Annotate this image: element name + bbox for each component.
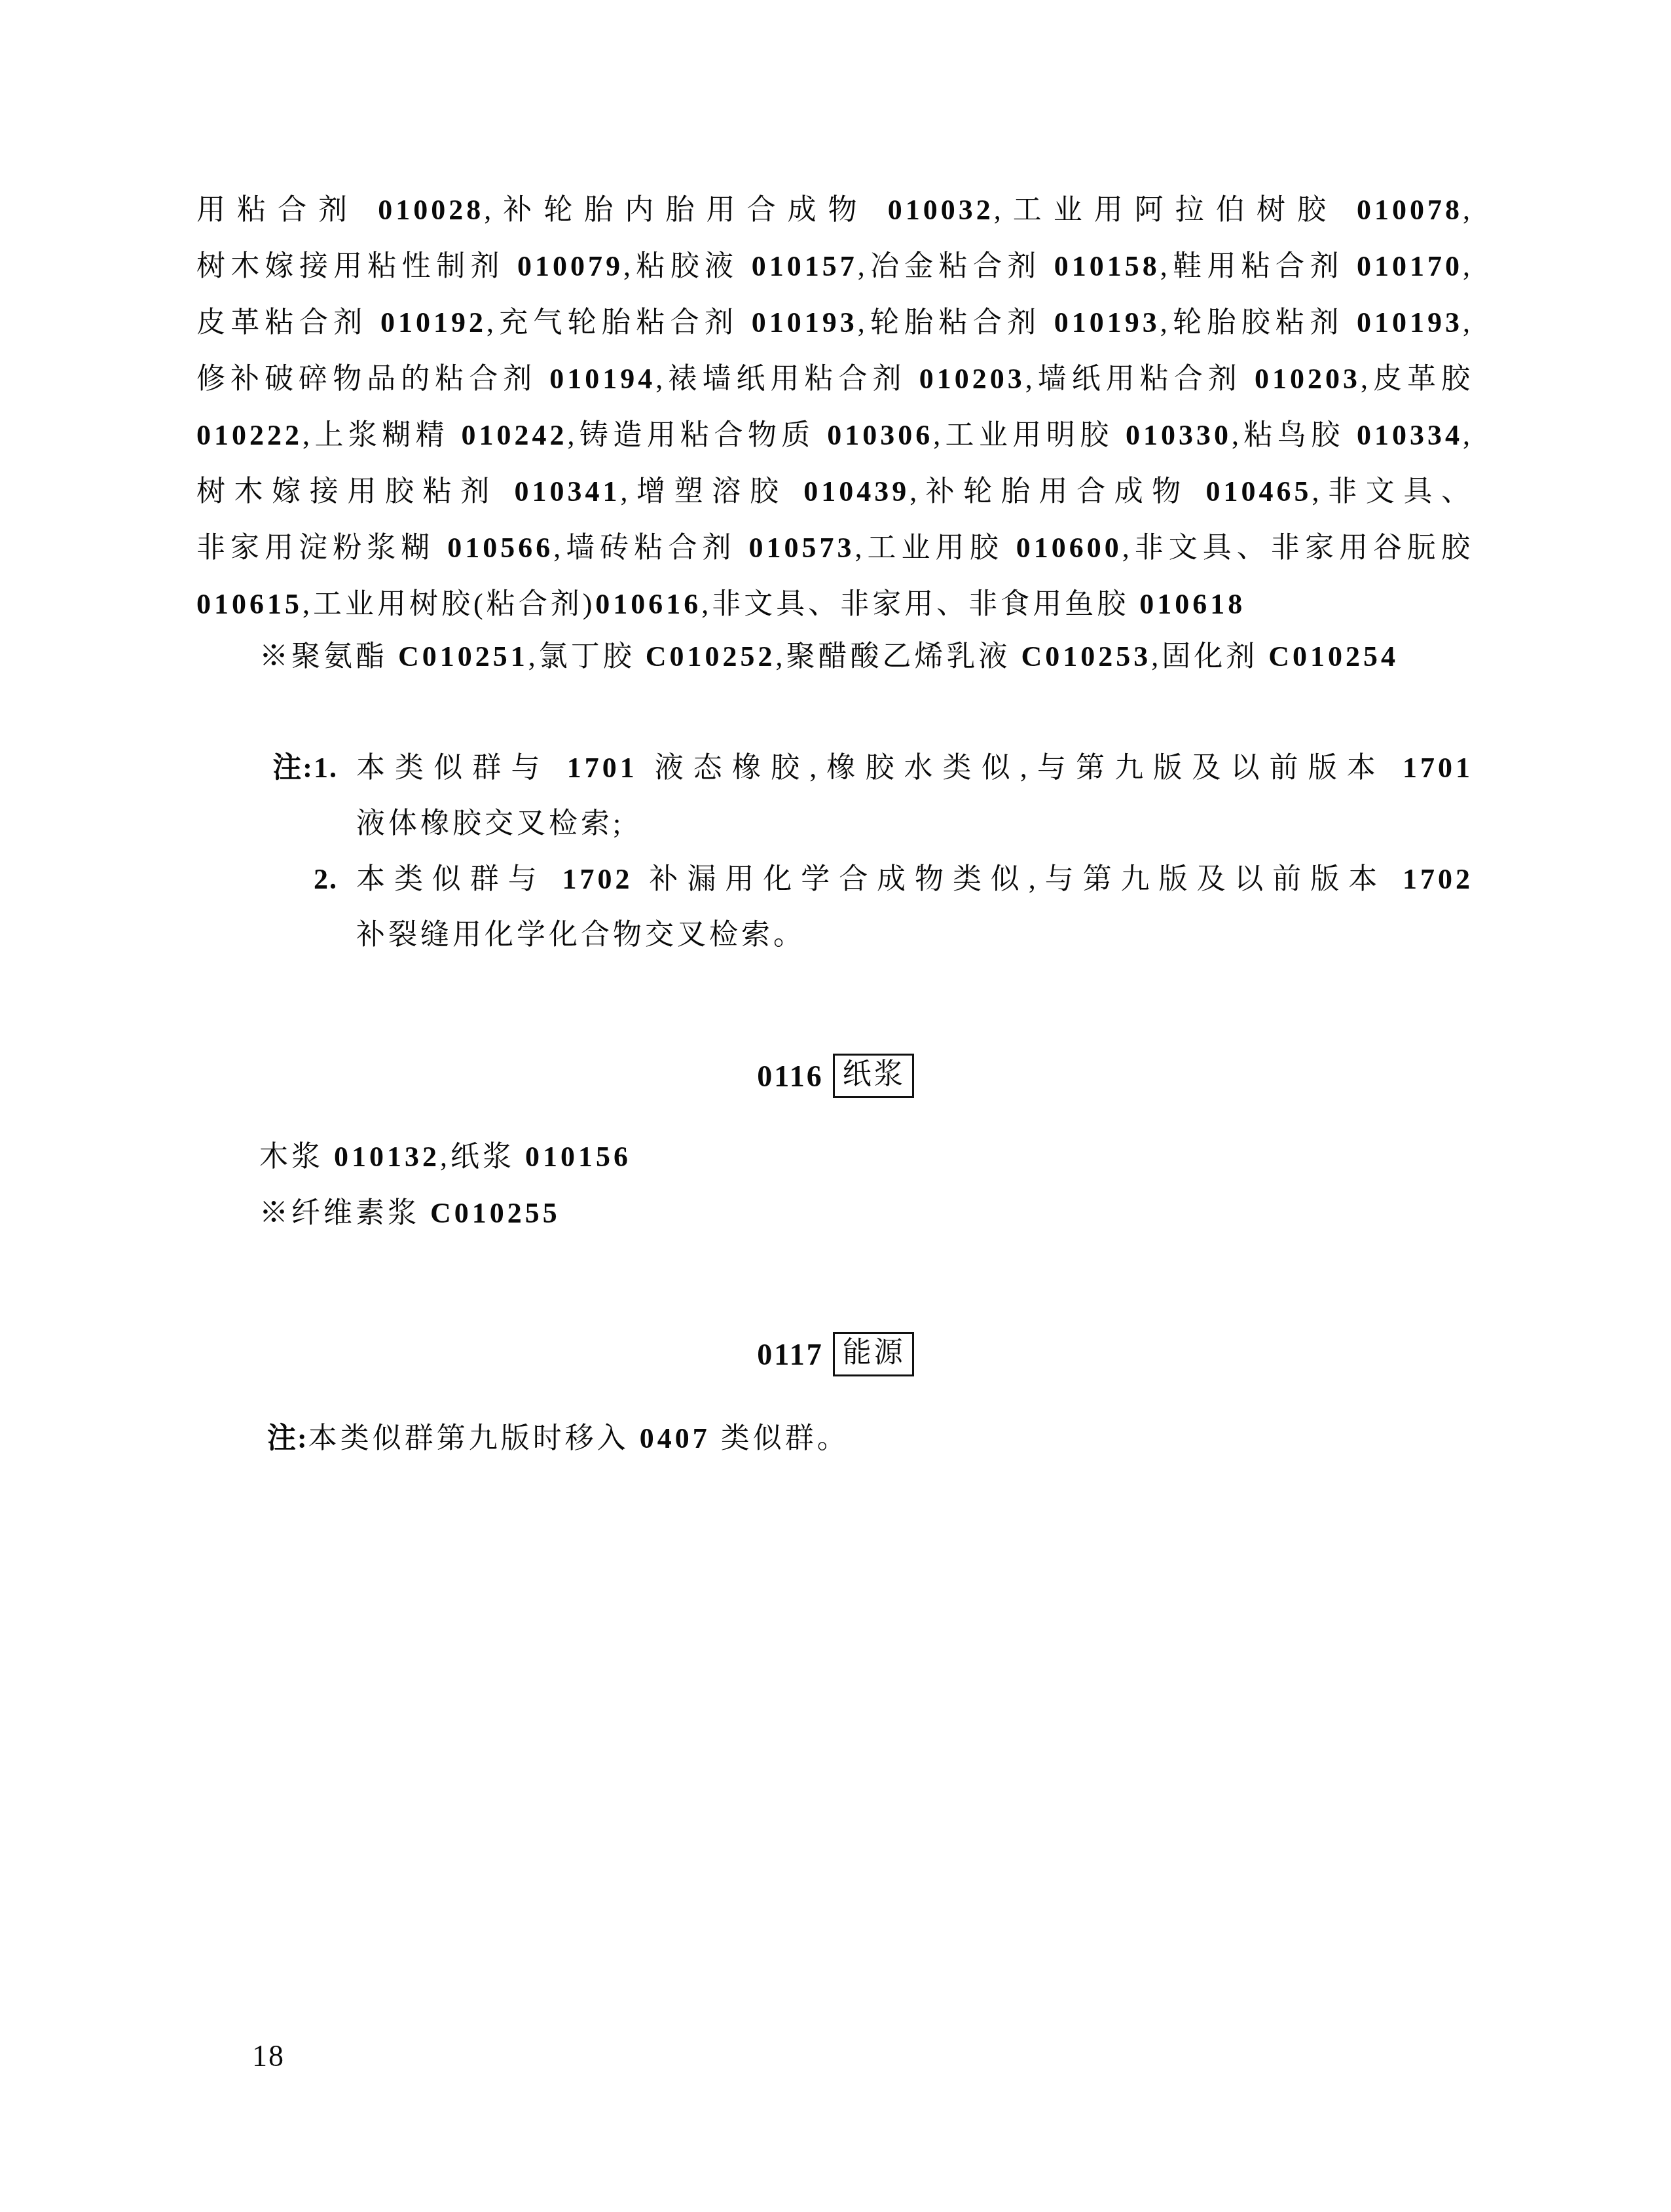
- section-code-0117: 0117: [757, 1337, 823, 1372]
- note-item-1: 注:1. 本类似群与 1701 液态橡胶,橡胶水类似,与第九版及以前版本 170…: [196, 740, 1473, 851]
- section-heading-0116: 0116 纸浆: [0, 1048, 1671, 1104]
- item-line-pulp-supplement: ※纤维素浆 C010255: [196, 1185, 1473, 1242]
- section-code-0116: 0116: [757, 1059, 823, 1094]
- paragraph-adhesives-continuation: 用粘合剂 010028,补轮胎内胎用合成物 010032,工业用阿拉伯树胶 01…: [196, 182, 1473, 633]
- note-item-2: 2. 本类似群与 1702 补漏用化学合成物类似,与第九版及以前版本 1702 …: [196, 851, 1473, 963]
- note-text-1: 本类似群与 1701 液态橡胶,橡胶水类似,与第九版及以前版本 1701 液体橡…: [356, 740, 1473, 851]
- note-label-2: 2.: [196, 851, 356, 907]
- section-items-0116: 木浆 010132,纸浆 010156 ※纤维素浆 C010255: [196, 1129, 1473, 1242]
- section-heading-0117: 0117 能源: [0, 1326, 1671, 1382]
- note-label-0117: 注:: [267, 1422, 308, 1454]
- page-number: 18: [252, 2038, 285, 2074]
- document-page: 用粘合剂 010028,补轮胎内胎用合成物 010032,工业用阿拉伯树胶 01…: [0, 0, 1671, 2212]
- note-0117: 注:本类似群第九版时移入 0407 类似群。: [196, 1410, 1473, 1466]
- item-line-pulp: 木浆 010132,纸浆 010156: [196, 1129, 1473, 1185]
- note-text-2: 本类似群与 1702 补漏用化学合成物类似,与第九版及以前版本 1702 补裂缝…: [356, 851, 1473, 963]
- section-title-box-0117: 能源: [833, 1332, 914, 1376]
- notes-block-0115: 注:1. 本类似群与 1701 液态橡胶,橡胶水类似,与第九版及以前版本 170…: [196, 740, 1473, 963]
- section-title-box-0116: 纸浆: [833, 1054, 914, 1098]
- note-text-0117: 本类似群第九版时移入 0407 类似群。: [308, 1422, 849, 1454]
- paragraph-adhesives-supplement: ※聚氨酯 C010251,氯丁胶 C010252,聚醋酸乙烯乳液 C010253…: [196, 629, 1473, 685]
- note-label-1: 注:1.: [196, 740, 356, 796]
